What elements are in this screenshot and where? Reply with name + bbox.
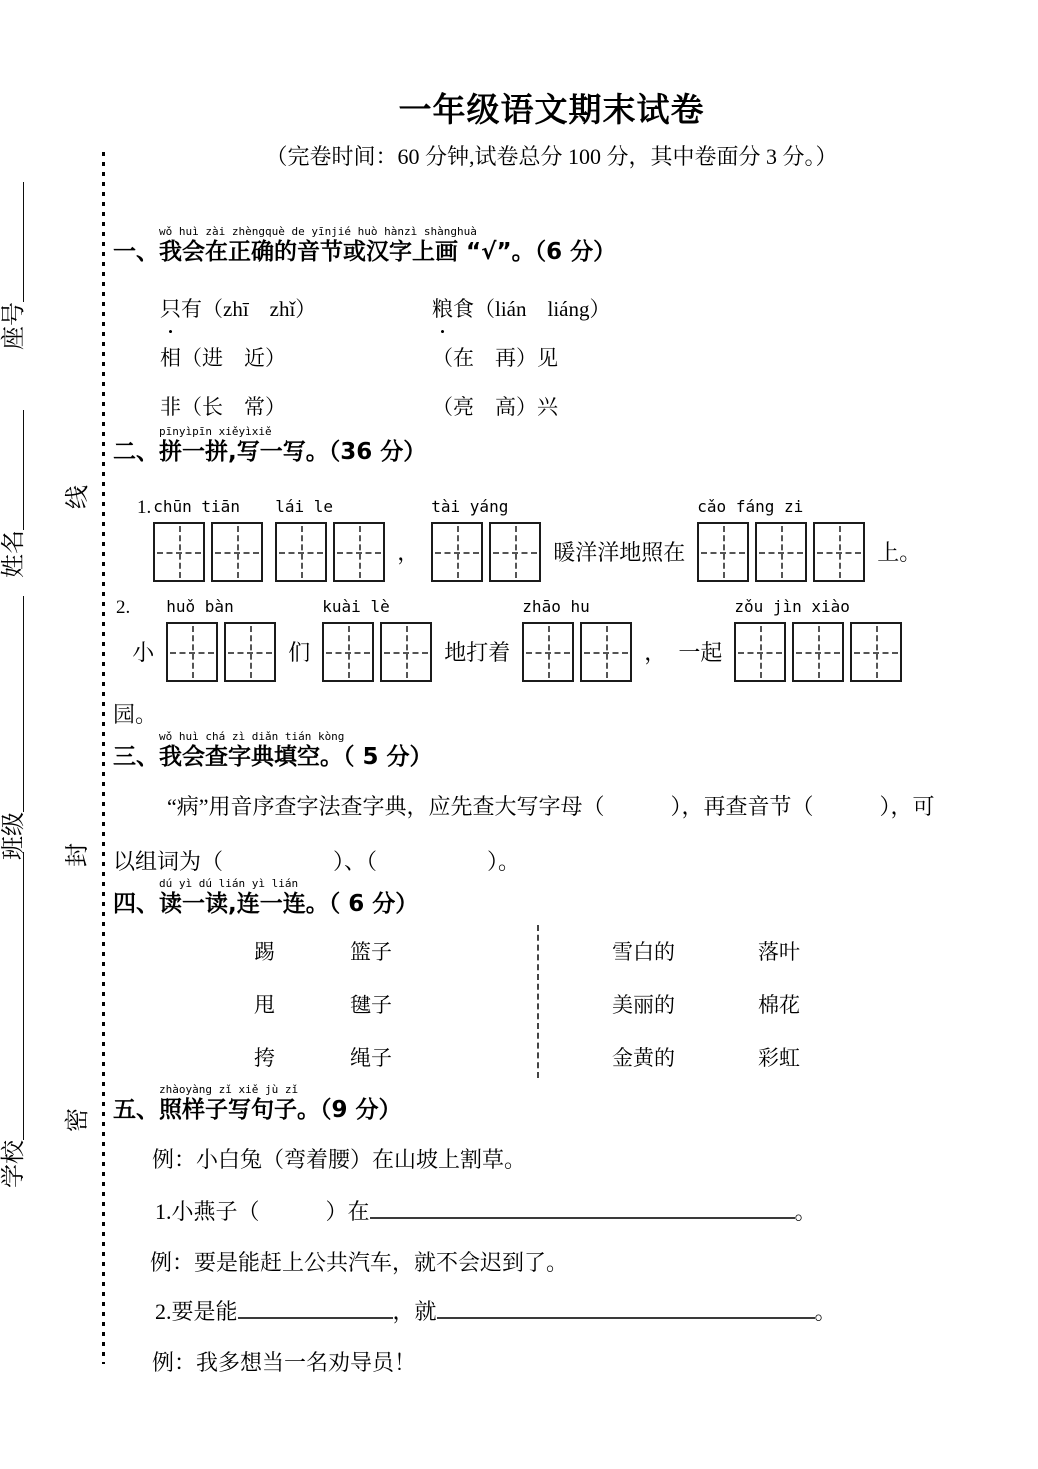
section-1-heading: 一、我会在正确的音节或汉字上画 “√”。（6 分） bbox=[113, 238, 1013, 266]
tianzige-box-group bbox=[166, 622, 276, 682]
section-5-pinyin: zhàoyàng zǐ xiě jù zǐ bbox=[159, 1084, 1013, 1096]
inline-text: 地打着 bbox=[444, 638, 510, 682]
choice-text: 相（进 近） bbox=[160, 346, 286, 370]
inline-text: 暖洋洋地照在 bbox=[553, 538, 685, 582]
school-label: 学校 bbox=[1, 1140, 27, 1188]
section-3-text-line-1: “病”用音序查字法查字典，应先查大写字母（ ），再查音节（ ），可 bbox=[167, 790, 935, 821]
exam-paper-page: 一年级语文期末试卷 （完卷时间：60 分钟,试卷总分 100 分，其中卷面分 3… bbox=[0, 0, 1038, 1469]
page-title: 一年级语文期末试卷 bbox=[113, 84, 990, 131]
school-blank[interactable]: ＿＿＿＿＿＿＿＿＿＿＿＿ bbox=[1, 852, 27, 1140]
tianzige-box[interactable] bbox=[697, 522, 749, 582]
seat-number-blank[interactable]: ＿＿＿＿＿ bbox=[1, 182, 27, 302]
tianzige-box[interactable] bbox=[431, 522, 483, 582]
seat-number-label: 座号 bbox=[1, 302, 27, 350]
writing-group: zhāo hu bbox=[522, 597, 632, 682]
section-2-heading: 二、拼一拼,写一写。（36 分） bbox=[113, 438, 1013, 466]
pinyin-label: cǎo fáng zi bbox=[697, 497, 803, 517]
section-4: dú yì dú lián yì lián 四、读一读,连一连。（ 6 分） bbox=[113, 878, 1013, 918]
section-5-heading: 五、照样子写句子。（9 分） bbox=[113, 1096, 1013, 1124]
pinyin-label: kuài lè bbox=[322, 597, 389, 617]
line-number: 2. bbox=[116, 597, 130, 619]
section-2: pīnyìpīn xiěyìxiě 二、拼一拼,写一写。（36 分） bbox=[113, 426, 1013, 466]
tianzige-box[interactable] bbox=[850, 622, 902, 682]
page-subtitle: （完卷时间：60 分钟,试卷总分 100 分，其中卷面分 3 分。） bbox=[113, 140, 990, 171]
writing-group: zǒu jìn xiào bbox=[734, 597, 902, 682]
tianzige-box[interactable] bbox=[224, 622, 276, 682]
match-left-column: 踢 篮子 甩 毽子 挎 绳子 bbox=[254, 936, 392, 1095]
section-4-heading: 四、读一读,连一连。（ 6 分） bbox=[113, 890, 1013, 918]
choice-text: （亮 高）兴 bbox=[432, 395, 558, 419]
writing-line-2: 2.小huǒ bàn们kuài lè地打着zhāo hu，一起zǒu jìn x… bbox=[116, 597, 914, 682]
tianzige-box[interactable] bbox=[380, 622, 432, 682]
writing-group: lái le bbox=[275, 497, 385, 582]
inline-text: ， bbox=[644, 638, 666, 682]
match-word[interactable]: 落叶 bbox=[758, 936, 800, 989]
tianzige-box[interactable] bbox=[333, 522, 385, 582]
inline-text: 上。 bbox=[877, 538, 921, 582]
tianzige-box[interactable] bbox=[522, 622, 574, 682]
inline-text: 小 bbox=[132, 638, 154, 682]
fill-1-prefix: 1.小燕子（ ）在 bbox=[155, 1199, 370, 1224]
tianzige-box-group bbox=[431, 522, 541, 582]
dotted-character: 粮 bbox=[432, 293, 453, 323]
inline-text: 一起 bbox=[678, 638, 722, 682]
section-3-heading: 三、我会查字典填空。（ 5 分） bbox=[113, 743, 1013, 771]
pinyin-label: huǒ bàn bbox=[166, 597, 233, 617]
choice-text: 有（zhī zhǐ） bbox=[181, 297, 316, 321]
match-word[interactable]: 毽子 bbox=[350, 989, 392, 1042]
seal-dotted-line bbox=[102, 152, 105, 1364]
class-field[interactable]: 班级＿＿＿＿＿＿＿＿＿ bbox=[0, 596, 30, 860]
section-1-pinyin: wǒ huì zài zhèngquè de yīnjié huò hànzì … bbox=[159, 226, 1013, 238]
fill-1-end: 。 bbox=[795, 1199, 817, 1224]
tianzige-box[interactable] bbox=[580, 622, 632, 682]
match-section-divider bbox=[537, 925, 539, 1078]
writing-group: chūn tiān bbox=[153, 497, 263, 582]
pinyin-label: tài yáng bbox=[431, 497, 508, 517]
writing-line-1: 1.chūn tiānlái le，tài yáng暖洋洋地照在cǎo fáng… bbox=[137, 497, 933, 582]
section-1: wǒ huì zài zhèngquè de yīnjié huò hànzì … bbox=[113, 226, 1013, 266]
seal-char-mi: 密 bbox=[64, 1106, 92, 1134]
fill-sentence-1: 1.小燕子（ ）在。 bbox=[155, 1195, 817, 1226]
tianzige-box[interactable] bbox=[813, 522, 865, 582]
student-name-blank[interactable]: ＿＿＿＿＿ bbox=[1, 410, 27, 530]
student-name-label: 姓名 bbox=[1, 530, 27, 578]
match-word[interactable]: 雪白的 bbox=[612, 936, 758, 989]
school-field[interactable]: 学校＿＿＿＿＿＿＿＿＿＿＿＿ bbox=[0, 852, 30, 1188]
tianzige-box[interactable] bbox=[755, 522, 807, 582]
dotted-character: 只 bbox=[160, 293, 181, 323]
section-2-pinyin: pīnyìpīn xiěyìxiě bbox=[159, 426, 1013, 438]
seal-char-feng: 封 bbox=[64, 841, 92, 869]
section-3-text-line-2: 以组词为（ ）、（ ）。 bbox=[113, 845, 520, 876]
section-5: zhàoyàng zǐ xiě jù zǐ 五、照样子写句子。（9 分） bbox=[113, 1084, 1013, 1124]
fill-2-part-b: ，就 bbox=[393, 1299, 437, 1324]
tianzige-box[interactable] bbox=[275, 522, 327, 582]
writing-group: kuài lè bbox=[322, 597, 432, 682]
choice-item[interactable]: 只有（zhī zhǐ） bbox=[113, 293, 432, 342]
answer-blank[interactable] bbox=[238, 1297, 393, 1319]
match-right-column: 雪白的 落叶 美丽的 棉花 金黄的 彩虹 bbox=[612, 936, 800, 1095]
writing-group: cǎo fáng zi bbox=[697, 497, 865, 582]
tianzige-box[interactable] bbox=[211, 522, 263, 582]
choice-text: 食（lián liáng） bbox=[453, 297, 610, 321]
tianzige-box-group bbox=[153, 522, 263, 582]
match-word[interactable]: 美丽的 bbox=[612, 989, 758, 1042]
seal-char-xian: 线 bbox=[64, 483, 92, 511]
fill-sentence-2: 2.要是能，就。 bbox=[155, 1295, 837, 1326]
tianzige-box[interactable] bbox=[166, 622, 218, 682]
section-4-pinyin: dú yì dú lián yì lián bbox=[159, 878, 1013, 890]
choice-text: （在 再）见 bbox=[432, 346, 558, 370]
writing-line-2-tail: 园。 bbox=[113, 698, 157, 729]
pinyin-label: zhāo hu bbox=[522, 597, 589, 617]
inline-text: 们 bbox=[288, 638, 310, 682]
section-1-items: 只有（zhī zhǐ） 粮食（lián liáng） 相（进 近） （在 再）见… bbox=[113, 293, 990, 440]
tianzige-box-group bbox=[734, 622, 902, 682]
class-blank[interactable]: ＿＿＿＿＿＿＿＿＿ bbox=[1, 596, 27, 812]
writing-group: huǒ bàn bbox=[166, 597, 276, 682]
inline-text: ， bbox=[397, 538, 419, 582]
choice-item[interactable]: 相（进 近） bbox=[113, 342, 432, 391]
pinyin-label: chūn tiān bbox=[153, 497, 240, 517]
match-word[interactable]: 踢 bbox=[254, 936, 350, 989]
tianzige-box-group bbox=[322, 622, 432, 682]
tianzige-box[interactable] bbox=[734, 622, 786, 682]
tianzige-box-group bbox=[697, 522, 865, 582]
answer-blank[interactable] bbox=[437, 1297, 815, 1319]
choice-item[interactable]: 粮食（lián liáng） bbox=[432, 293, 990, 342]
tianzige-box[interactable] bbox=[489, 522, 541, 582]
example-sentence-3: 例：我多想当一名劝导员！ bbox=[152, 1346, 416, 1377]
tianzige-box[interactable] bbox=[792, 622, 844, 682]
choice-item[interactable]: （在 再）见 bbox=[432, 342, 990, 391]
writing-group: tài yáng bbox=[431, 497, 541, 582]
section-3: wǒ huì chá zì diǎn tián kòng 三、我会查字典填空。（… bbox=[113, 731, 1013, 771]
tianzige-box-group bbox=[522, 622, 632, 682]
choice-text: 非（长 常） bbox=[160, 395, 286, 419]
match-word[interactable]: 棉花 bbox=[758, 989, 800, 1042]
seat-number-field[interactable]: 座号＿＿＿＿＿ bbox=[0, 182, 30, 350]
student-name-field[interactable]: 姓名＿＿＿＿＿ bbox=[0, 410, 30, 578]
example-sentence-1: 例：小白兔（弯着腰）在山坡上割草。 bbox=[152, 1143, 526, 1174]
example-sentence-2: 例：要是能赶上公共汽车，就不会迟到了。 bbox=[150, 1246, 568, 1277]
section-3-pinyin: wǒ huì chá zì diǎn tián kòng bbox=[159, 731, 1013, 743]
match-word[interactable]: 甩 bbox=[254, 989, 350, 1042]
fill-2-part-a: 2.要是能 bbox=[155, 1299, 238, 1324]
tianzige-box[interactable] bbox=[153, 522, 205, 582]
tianzige-box-group bbox=[275, 522, 385, 582]
tianzige-box[interactable] bbox=[322, 622, 374, 682]
line-number: 1. bbox=[137, 497, 151, 519]
match-word[interactable]: 篮子 bbox=[350, 936, 392, 989]
answer-blank[interactable] bbox=[370, 1197, 795, 1219]
pinyin-label: zǒu jìn xiào bbox=[734, 597, 850, 617]
fill-2-end: 。 bbox=[815, 1299, 837, 1324]
pinyin-label: lái le bbox=[275, 497, 333, 517]
